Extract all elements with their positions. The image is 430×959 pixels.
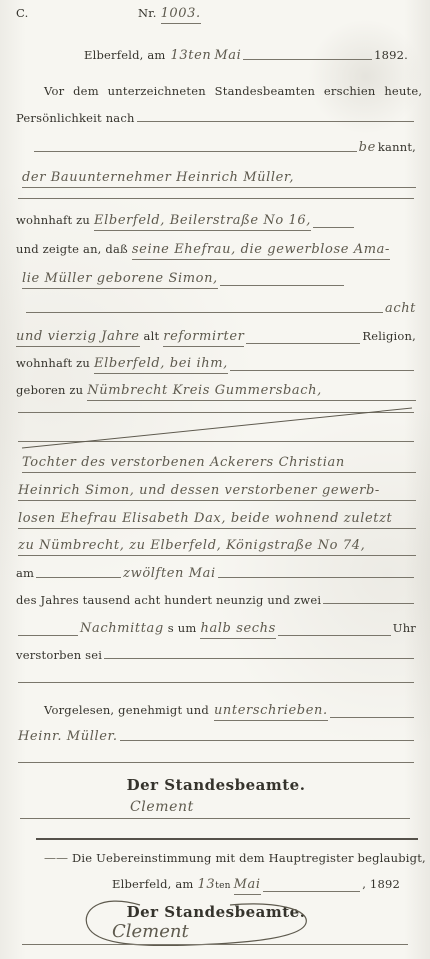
blank-line — [34, 151, 357, 152]
issue-place-label: Elberfeld, am — [84, 48, 166, 62]
blank-line — [263, 891, 361, 892]
blank-line — [246, 343, 360, 344]
certification-dash: —— — [44, 851, 68, 865]
known-row: be kannt, — [16, 140, 416, 155]
registrar-heading: Der Standesbeamte. — [127, 776, 306, 794]
birthplace-label: geboren zu — [16, 383, 83, 397]
residence2-row: wohnhaft zu Elberfeld, bei ihm, — [16, 356, 416, 374]
footer-signature-text: Clement — [112, 921, 189, 942]
declarant-signature-row: Heinr. Müller. — [18, 729, 416, 744]
register-letter: C. — [16, 6, 28, 20]
birthplace-hw: Nümbrecht Kreis Gummersbach, — [87, 383, 416, 401]
blank-row — [16, 762, 416, 766]
issue-month-hw: Mai — [214, 48, 241, 63]
died-row: verstorben sei — [16, 648, 416, 662]
residence1-row: wohnhaft zu Elberfeld, Beilerstraße No 1… — [16, 213, 416, 231]
registrar-heading-row: Der Standesbeamte. — [16, 776, 416, 794]
intro-line1: Vor dem unterzeichneten Standesbeamten e… — [16, 84, 416, 98]
report-row2: lie Müller geborene Simon, — [22, 271, 416, 289]
strike-through-diagonal — [16, 402, 416, 452]
certification-day-hw: 13 — [198, 877, 216, 892]
blank-line — [323, 603, 414, 604]
blank-line — [18, 682, 414, 683]
report-label: und zeigte an, daß — [16, 242, 128, 256]
age-row1: acht — [16, 301, 416, 316]
certification-place-label: Elberfeld, am — [112, 877, 194, 891]
registrar-signature-hw: Clement — [130, 799, 194, 815]
deceased-hw-line2: lie Müller geborene Simon, — [22, 271, 218, 289]
blank-line — [243, 59, 372, 60]
record-number-row: Nr. 1003. — [138, 6, 234, 24]
footer-line-row — [20, 944, 410, 948]
parents-row3: losen Ehefrau Elisabeth Dax, beide wohne… — [18, 511, 416, 529]
blank-line — [330, 717, 414, 718]
certification-text: Die Uebereinstimmung mit dem Hauptregist… — [72, 851, 426, 865]
registrar-signature-row: Clement — [20, 799, 410, 819]
birthplace-row: geboren zu Nümbrecht Kreis Gummersbach, — [16, 383, 416, 401]
died-label: verstorben sei — [16, 648, 102, 662]
known-hw: be — [359, 140, 376, 155]
residence2-hw: Elberfeld, bei ihm, — [94, 356, 228, 374]
intro-line2: Persönlichkeit nach — [16, 111, 416, 125]
age-row2: und vierzig Jahre alt reformirter Religi… — [16, 329, 416, 347]
age-hw-rest: und vierzig Jahre — [16, 329, 140, 347]
blank-line — [278, 635, 391, 636]
residence1-hw: Elberfeld, Beilerstraße No 16, — [94, 213, 311, 231]
alt-label: alt — [144, 329, 160, 343]
blank-line — [313, 227, 354, 228]
blank-line — [218, 577, 414, 578]
blank-line — [230, 370, 414, 371]
death-date-hw: zwölften Mai — [123, 566, 216, 581]
issue-date-row: Elberfeld, am 13ten Mai 1892. — [84, 48, 408, 63]
blank-line — [220, 285, 344, 286]
identity-label: Persönlichkeit nach — [16, 111, 135, 125]
declarant-name-hw: der Bauunternehmer Heinrich Müller, — [22, 170, 294, 185]
am-label: am — [16, 566, 34, 580]
record-number-label: Nr. — [138, 6, 157, 20]
blank-line — [36, 577, 121, 578]
parents-row4: zu Nümbrecht, zu Elberfeld, Königstraße … — [18, 538, 416, 556]
parents-row2: Heinrich Simon, und dessen verstorbener … — [18, 483, 416, 501]
issue-day-suffix-hw: ten — [188, 48, 211, 63]
report-row1: und zeigte an, daß seine Ehefrau, die ge… — [16, 242, 428, 260]
closing-hw: unterschrieben. — [214, 703, 328, 721]
blank-line — [22, 944, 408, 945]
blank-line — [18, 635, 78, 636]
declarant-signature-hw: Heinr. Müller. — [18, 729, 118, 744]
religion-hw: reformirter — [163, 329, 244, 347]
known-printed: kannt, — [378, 140, 416, 154]
separator-rule — [36, 838, 418, 840]
parents-row1: Tochter des verstorbenen Ackerers Christ… — [22, 455, 416, 473]
record-number-value: 1003. — [161, 6, 201, 24]
issue-day-hw: 13 — [171, 48, 189, 63]
certification-day-suffix: ten — [215, 881, 230, 891]
daypart-hw: Nachmittag — [80, 621, 164, 636]
time-hw: halb sechs — [200, 621, 275, 639]
age-hw-first: acht — [385, 301, 416, 316]
residence2-label: wohnhaft zu — [16, 356, 90, 370]
death-year-row: des Jahres tausend acht hundert neunzig … — [16, 593, 416, 607]
blank-line — [18, 762, 414, 763]
blank-line — [137, 121, 414, 122]
death-date-row: am zwölften Mai — [16, 566, 416, 581]
residence1-label: wohnhaft zu — [16, 213, 90, 227]
blank-row — [16, 198, 416, 202]
blank-line — [104, 658, 414, 659]
certification-row: —— Die Uebereinstimmung mit dem Hauptreg… — [44, 851, 416, 865]
s-um-label: s um — [168, 621, 197, 635]
issue-year: 1892. — [374, 48, 408, 62]
death-time-row: Nachmittag s um halb sechs Uhr — [16, 621, 416, 639]
blank-line — [18, 198, 414, 199]
parents-hw-line4: zu Nümbrecht, zu Elberfeld, Königstraße … — [18, 538, 416, 556]
blank-line — [26, 312, 383, 313]
declarant-row: der Bauunternehmer Heinrich Müller, — [22, 170, 416, 188]
parents-hw-line3: losen Ehefrau Elisabeth Dax, beide wohne… — [18, 511, 416, 529]
closing-printed: Vorgelesen, genehmigt und — [44, 703, 209, 717]
certification-year: , 1892 — [362, 877, 400, 891]
parents-hw-line2: Heinrich Simon, und dessen verstorbener … — [18, 483, 416, 501]
blank-row — [16, 682, 416, 686]
uhr-label: Uhr — [393, 621, 416, 635]
death-certificate-page: C. Nr. 1003. Elberfeld, am 13ten Mai 189… — [0, 0, 430, 959]
death-year-text: des Jahres tausend acht hundert neunzig … — [16, 593, 321, 607]
closing-row: Vorgelesen, genehmigt und unterschrieben… — [16, 703, 416, 721]
religion-label: Religion, — [362, 329, 416, 343]
blank-line — [120, 740, 414, 741]
parents-hw-line1: Tochter des verstorbenen Ackerers Christ… — [22, 455, 416, 473]
deceased-hw-line1: seine Ehefrau, die gewerblose Ama- — [132, 242, 390, 260]
intro-text: Vor dem unterzeichneten Standesbeamten e… — [44, 84, 430, 98]
